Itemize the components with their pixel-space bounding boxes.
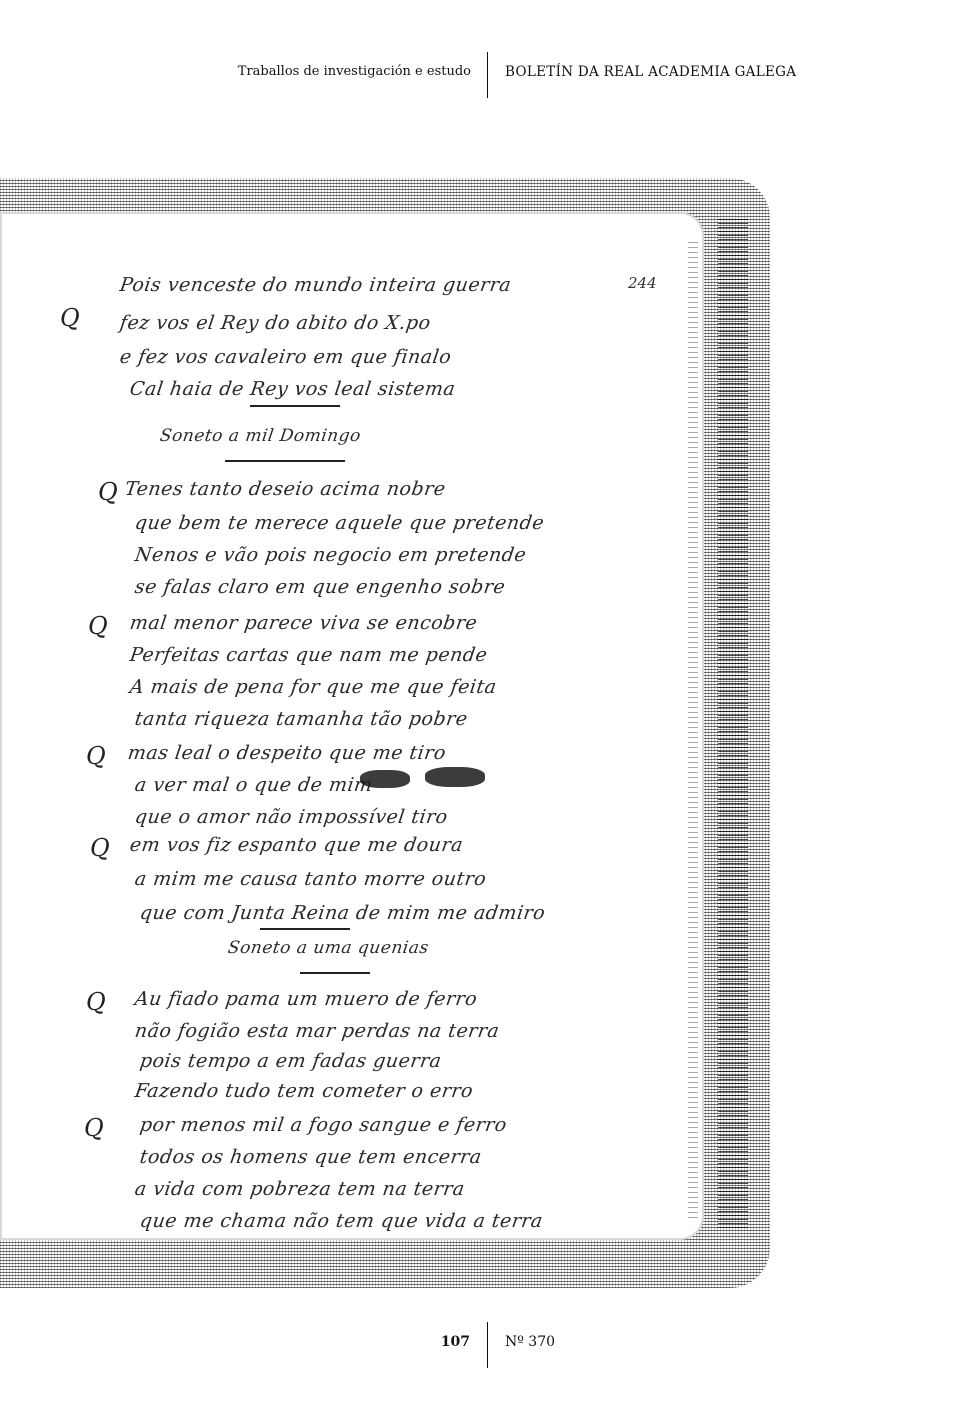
manuscript-line: a mim me causa tanto morre outro <box>133 868 487 890</box>
manuscript-line: mas leal o despeito que me tiro <box>126 742 447 764</box>
underline-rule <box>260 928 350 930</box>
stanza-mark: Q <box>90 834 110 862</box>
manuscript-line: mal menor parece viva se encobre <box>128 612 478 634</box>
manuscript-line: que bem te merece aquele que pretende <box>133 512 545 534</box>
journal-title: BOLETÍN DA REAL ACADEMIA GALEGA <box>505 64 796 80</box>
manuscript-line: a vida com pobreza tem na terra <box>133 1178 466 1200</box>
stanza-mark: Q <box>86 988 106 1016</box>
page-number: 107 <box>441 1334 470 1350</box>
page-edge-shadow <box>688 238 698 1218</box>
manuscript-line: pois tempo a em fadas guerra <box>138 1050 443 1072</box>
manuscript-line: fez vos el Rey do abito do X.po <box>118 312 432 334</box>
manuscript-line: todos os homens que tem encerra <box>138 1146 483 1168</box>
manuscript-line: se falas claro em que engenho sobre <box>133 576 506 598</box>
manuscript-line: por menos mil a fogo sangue e ferro <box>138 1114 508 1136</box>
manuscript-line: e fez vos cavaleiro em que finalo <box>118 346 452 368</box>
underline-rule <box>300 972 370 974</box>
manuscript-line: Nenos e vão pois negocio em pretende <box>133 544 527 566</box>
manuscript-line: Pois venceste do mundo inteira guerra <box>118 274 512 296</box>
manuscript-line: Fazendo tudo tem cometer o erro <box>133 1080 474 1102</box>
manuscript-line: em vos fiz espanto que me doura <box>128 834 464 856</box>
manuscript-scan: 244 Q Pois venceste do mundo inteira gue… <box>0 178 770 1288</box>
manuscript-line: Au fiado pama um muero de ferro <box>133 988 478 1010</box>
folio-number: 244 <box>628 274 657 292</box>
manuscript-page: 244 Q Pois venceste do mundo inteira gue… <box>0 212 704 1240</box>
underline-rule <box>225 460 345 462</box>
manuscript-line: A mais de pena for que me que feita <box>128 676 498 698</box>
manuscript-line: Perfeitas cartas que nam me pende <box>128 644 488 666</box>
manuscript-line: que o amor não impossível tiro <box>133 806 449 828</box>
running-header: Traballos de investigación e estudo BOLE… <box>0 52 975 100</box>
stanza-mark: Q <box>88 612 108 640</box>
manuscript-line: a ver mal o que de mim <box>133 774 374 796</box>
footer-divider <box>487 1322 488 1368</box>
stanza-mark: Q <box>60 304 80 332</box>
stanza-mark: Q <box>98 478 118 506</box>
stanza-mark: Q <box>86 742 106 770</box>
sonnet-heading: Soneto a uma quenias <box>227 938 430 958</box>
running-footer: 107 Nº 370 <box>0 1322 975 1368</box>
issue-number: Nº 370 <box>505 1334 555 1350</box>
header-divider <box>487 52 488 98</box>
manuscript-line: Tenes tanto deseio acima nobre <box>123 478 447 500</box>
section-title: Traballos de investigación e estudo <box>238 64 471 79</box>
manuscript-line: tanta riqueza tamanha tão pobre <box>133 708 469 730</box>
ink-blot <box>360 770 410 788</box>
underline-rule <box>250 405 340 407</box>
book-edge <box>718 218 748 1228</box>
sonnet-heading: Soneto a mil Domingo <box>159 426 363 446</box>
ink-blot <box>425 767 485 787</box>
stanza-mark: Q <box>84 1114 104 1142</box>
manuscript-line: Cal haia de Rey vos leal sistema <box>128 378 456 400</box>
manuscript-line: não fogião esta mar perdas na terra <box>133 1020 500 1042</box>
manuscript-line: que me chama não tem que vida a terra <box>138 1210 544 1232</box>
manuscript-line: que com Junta Reina de mim me admiro <box>138 902 546 924</box>
